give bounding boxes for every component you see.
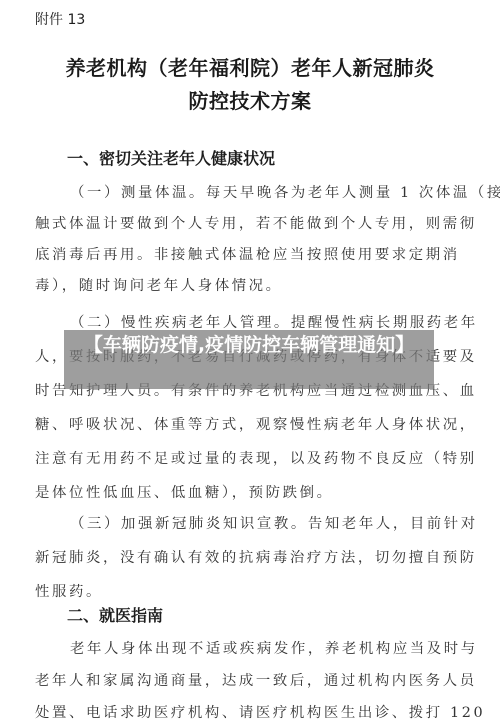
paragraph-line: 性服药。 (35, 580, 465, 601)
paragraph-line: 老年人身体出现不适或疾病发作，养老机构应当及时与 (70, 637, 465, 658)
paragraph-line: 触式体温计要做到个人专用，若不能做到个人专用，则需彻 (35, 212, 465, 233)
paragraph-line: （二）慢性疾病老年人管理。提醒慢性病长期服药老年 (70, 311, 465, 332)
document-page: 附件 13 养老机构（老年福利院）老年人新冠肺炎 防控技术方案 一、密切关注老年… (0, 0, 500, 723)
caption-text: 【车辆防疫情,疫情防控车辆管理通知】 (71, 333, 427, 357)
paragraph-line: 新冠肺炎，没有确认有效的抗病毒治疗方法，切勿擅自预防 (35, 546, 465, 567)
document-title-line1: 养老机构（老年福利院）老年人新冠肺炎 (0, 52, 500, 81)
paragraph-line: 处置、电话求助医疗机构、请医疗机构医生出诊、拨打 120 (35, 701, 465, 722)
section-heading-2: 二、就医指南 (67, 603, 163, 626)
paragraph-line: 是体位性低血压、低血糖），预防跌倒。 (35, 481, 465, 502)
paragraph-line: 老年人和家属沟通商量，达成一致后，通过机构内医务人员 (35, 669, 465, 690)
paragraph-line: （三）加强新冠肺炎知识宣教。告知老年人，目前针对 (70, 512, 465, 533)
paragraph-line: 糖、呼吸状况、体重等方式，观察慢性病老年人身体状况， (35, 413, 465, 434)
paragraph-line: （一）测量体温。每天早晚各为老年人测量 1 次体温（接 (70, 181, 465, 202)
section-heading-1: 一、密切关注老年人健康状况 (67, 146, 275, 169)
paragraph-line: 底消毒后再用。非接触式体温枪应当按照使用要求定期消 (35, 243, 465, 264)
attachment-label: 附件 13 (35, 9, 85, 29)
paragraph-line: 注意有无用药不足或过量的表现，以及药物不良反应（特别 (35, 447, 465, 468)
paragraph-line: 毒），随时询问老年人身体情况。 (35, 274, 465, 295)
caption-overlay: 【车辆防疫情,疫情防控车辆管理通知】 (64, 330, 434, 389)
document-title-line2: 防控技术方案 (0, 85, 500, 114)
